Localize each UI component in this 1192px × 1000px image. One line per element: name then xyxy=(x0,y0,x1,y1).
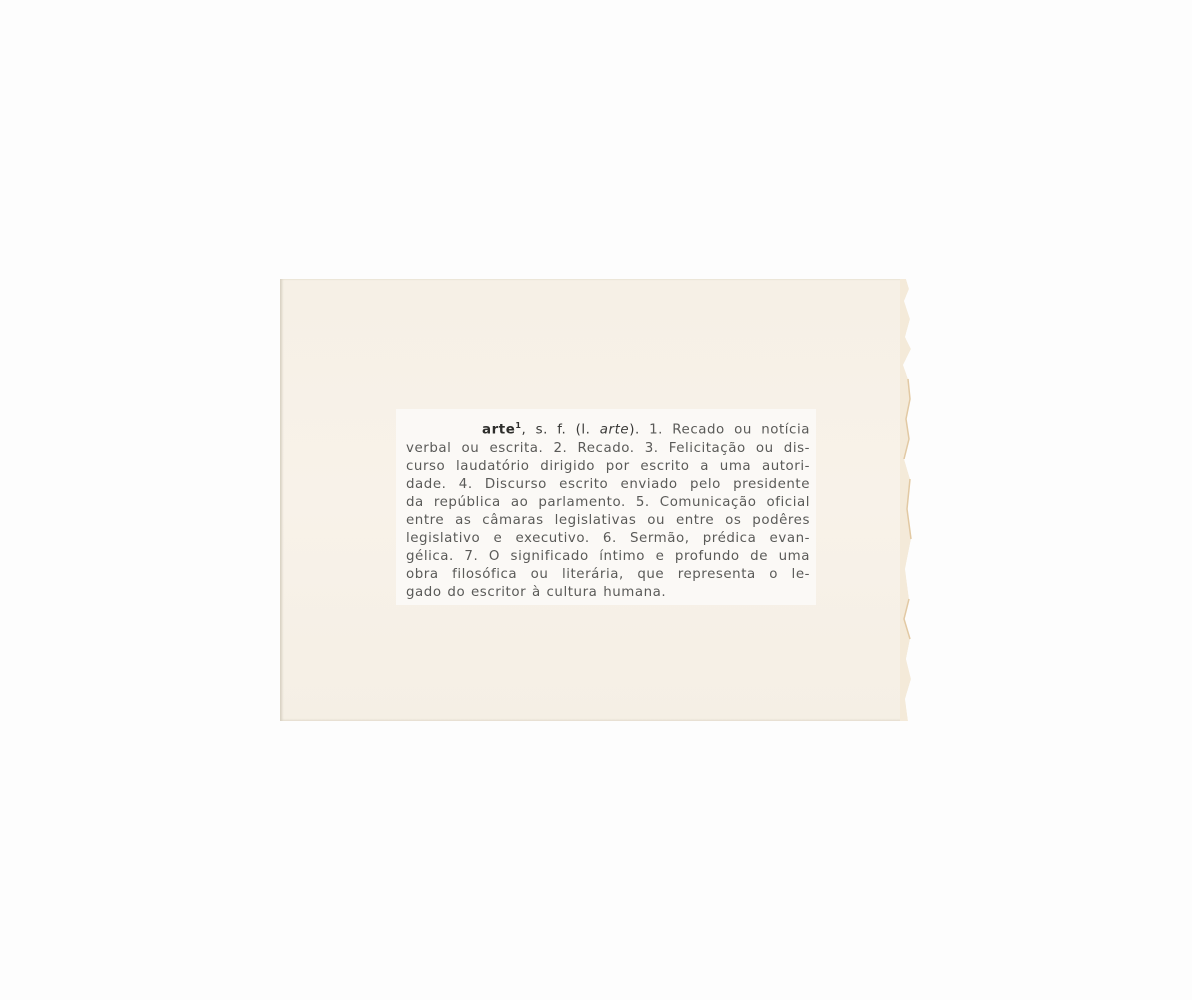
entry-line: entre as câmaras legislativas ou entre o… xyxy=(406,512,810,530)
entry-line: arte1, s. f. (l. arte). 1. Recado ou not… xyxy=(406,417,810,440)
entry-line: obra filosófica ou literária, que repres… xyxy=(406,566,810,584)
torn-edge xyxy=(900,279,914,721)
etymology: arte xyxy=(600,422,629,437)
paper-sheet: arte1, s. f. (l. arte). 1. Recado ou not… xyxy=(280,279,906,721)
entry-line: da república ao parlamento. 5. Comunicaç… xyxy=(406,494,810,512)
dictionary-clipping: arte1, s. f. (l. arte). 1. Recado ou not… xyxy=(396,409,816,605)
entry-line: legislativo e executivo. 6. Sermão, préd… xyxy=(406,530,810,548)
etymology-close: ). xyxy=(629,422,640,437)
entry-line: curso laudatório dirigido por escrito a … xyxy=(406,458,810,476)
entry-line: verbal ou escrita. 2. Recado. 3. Felicit… xyxy=(406,440,810,458)
grammar-label: , s. f. (l. xyxy=(521,422,599,437)
headword: arte xyxy=(482,422,515,437)
entry-line: dade. 4. Discurso escrito enviado pelo p… xyxy=(406,476,810,494)
dictionary-entry: arte1, s. f. (l. arte). 1. Recado ou not… xyxy=(406,417,810,602)
entry-text: 1. Recado ou notícia xyxy=(640,422,810,437)
entry-line: gado do escritor à cultura humana. xyxy=(406,584,810,602)
entry-line: gélica. 7. O significado íntimo e profun… xyxy=(406,548,810,566)
